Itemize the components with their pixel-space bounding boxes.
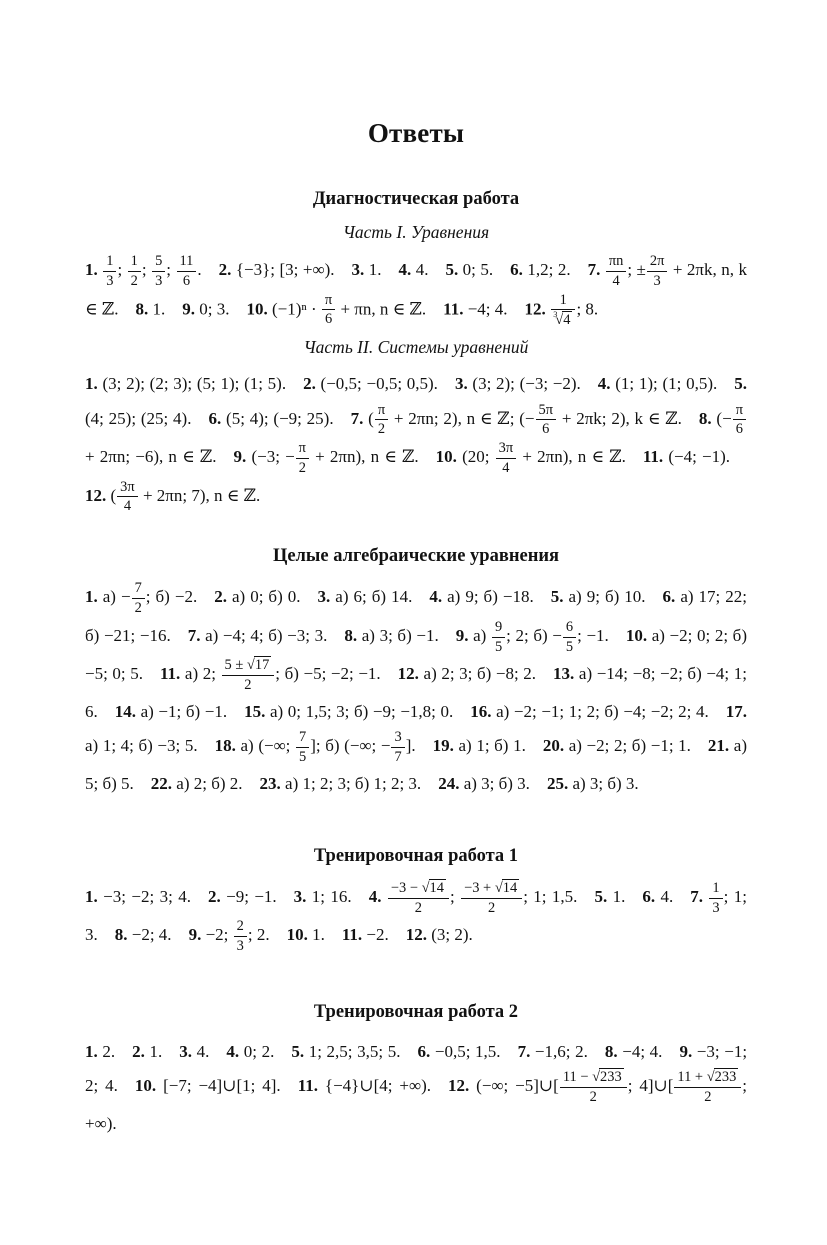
fraction: 53 [152,252,165,291]
item-number: 10. [135,1076,156,1095]
item-number: 4. [398,260,411,279]
item-number: 5. [734,374,747,393]
item-number: 6. [208,409,221,428]
denominator: 3 [103,272,116,291]
fraction: π6 [322,291,335,330]
answers-training-1: 1. −3; −2; 3; 4. 2. −9; −1. 3. 1; 16. 4.… [85,879,747,956]
item-number: 2. [219,260,232,279]
numerator: 2π [647,252,668,272]
denominator: 2 [222,676,275,695]
item-number: 3. [455,374,468,393]
denominator: 3√4 [551,310,575,329]
item-number: 11. [160,665,180,684]
item-number: 1. [85,260,98,279]
item-number: 9. [189,926,202,945]
numerator: 5 ± √17 [222,656,275,676]
denominator: 2 [388,899,449,918]
item-number: 24. [438,774,459,793]
numerator: 11 − √233 [560,1068,627,1088]
fraction: π2 [296,439,309,478]
numerator: π [322,291,335,311]
fraction: 5π6 [536,401,557,440]
fraction: 13√4 [551,291,575,330]
section-diagnostic-work: Диагностическая работа Часть I. Уравнени… [85,189,747,516]
denominator: 6 [322,310,335,329]
item-number: 18. [215,736,236,755]
item-number: 19. [433,736,454,755]
section-heading-training-1: Тренировочная работа 1 [85,846,747,867]
answers-page: Ответы Диагностическая работа Часть I. У… [0,0,827,1245]
item-number: 2. [214,587,227,606]
item-number: 23. [260,774,281,793]
item-number: 7. [351,409,364,428]
item-number: 13. [553,665,574,684]
item-number: 11. [342,926,362,945]
item-number: 8. [699,409,712,428]
numerator: π [375,401,388,421]
denominator: 5 [563,638,576,657]
item-number: 3. [179,1042,192,1061]
fraction: −3 − √142 [388,879,449,918]
item-number: 22. [151,774,172,793]
fraction: 13 [103,252,116,291]
item-number: 16. [470,702,491,721]
fraction: 3π4 [496,439,517,478]
item-number: 10. [626,626,647,645]
item-number: 11. [443,299,463,318]
denominator: 7 [391,748,404,767]
item-number: 4. [369,887,382,906]
item-number: 12. [525,299,546,318]
section-heading-diagnostic: Диагностическая работа [85,189,747,210]
numerator: 11 + √233 [674,1068,741,1088]
denominator: 3 [709,899,722,918]
numerator: −3 + √14 [461,879,522,899]
numerator: 6 [563,618,576,638]
section-heading-training-2: Тренировочная работа 2 [85,1002,747,1023]
item-number: 3. [294,887,307,906]
fraction: 95 [492,618,505,657]
denominator: 2 [128,272,141,291]
fraction: 116 [177,252,197,291]
denominator: 4 [496,459,517,478]
numerator: 2 [234,917,247,937]
denominator: 6 [733,420,746,439]
page-title: Ответы [85,118,747,149]
item-number: 6. [642,887,655,906]
item-number: 5. [551,587,564,606]
numerator: 1 [551,291,575,311]
fraction: 11 + √2332 [674,1068,741,1107]
section-integer-equations: Целые алгебраические уравнения 1. а) −72… [85,546,747,800]
numerator: 1 [709,879,722,899]
fraction: 37 [391,728,404,767]
fraction: 23 [234,917,247,956]
numerator: πn [606,252,627,272]
item-number: 9. [679,1042,692,1061]
denominator: 6 [177,272,197,291]
item-number: 20. [543,736,564,755]
item-number: 10. [246,299,267,318]
denominator: 2 [560,1088,627,1107]
item-number: 8. [136,299,149,318]
item-number: 14. [115,702,136,721]
item-number: 2. [208,887,221,906]
item-number: 12. [406,926,427,945]
numerator: 3π [496,439,517,459]
fraction: 3π4 [117,478,138,517]
denominator: 4 [606,272,627,291]
fraction: 12 [128,252,141,291]
item-number: 17. [726,702,747,721]
numerator: 5π [536,401,557,421]
answers-part1-equations: 1. 13; 12; 53; 116. 2. {−3}; [3; +∞). 3.… [85,252,747,329]
numerator: 11 [177,252,197,272]
square-root: √233 [707,1069,739,1085]
numerator: 9 [492,618,505,638]
subsection-heading-part2-systems: Часть II. Системы уравнений [85,337,747,358]
numerator: 7 [132,579,145,599]
fraction: 65 [563,618,576,657]
denominator: 5 [492,638,505,657]
section-heading-integer-equations: Целые алгебраические уравнения [85,546,747,567]
denominator: 6 [536,420,557,439]
fraction: 13 [709,879,722,918]
item-number: 9. [182,299,195,318]
item-number: 8. [344,626,357,645]
denominator: 3 [234,937,247,956]
item-number: 5. [594,887,607,906]
numerator: π [733,401,746,421]
numerator: π [296,439,309,459]
item-number: 12. [398,665,419,684]
item-number: 8. [115,926,128,945]
item-number: 11. [298,1076,318,1095]
item-number: 1. [85,374,98,393]
denominator: 4 [117,497,138,516]
answers-training-2: 1. 2. 2. 1. 3. 4. 4. 0; 2. 5. 1; 2,5; 3,… [85,1035,747,1140]
item-number: 5. [291,1042,304,1061]
subsection-heading-part1-equations: Часть I. Уравнения [85,222,747,243]
item-number: 1. [85,587,98,606]
denominator: 5 [296,748,309,767]
denominator: 3 [152,272,165,291]
square-root: √233 [592,1069,624,1085]
fraction: 5 ± √172 [222,656,275,695]
numerator: 7 [296,728,309,748]
item-number: 10. [287,926,308,945]
item-number: 21. [708,736,729,755]
item-number: 10. [436,447,457,466]
numerator: −3 − √14 [388,879,449,899]
item-number: 8. [605,1042,618,1061]
item-number: 5. [445,260,458,279]
item-number: 4. [429,587,442,606]
item-number: 6. [418,1042,431,1061]
fraction: 75 [296,728,309,767]
denominator: 2 [461,899,522,918]
numerator: 5 [152,252,165,272]
item-number: 25. [547,774,568,793]
item-number: 12. [85,486,106,505]
fraction: 2π3 [647,252,668,291]
item-number: 3. [318,587,331,606]
section-training-work-1: Тренировочная работа 1 1. −3; −2; 3; 4. … [85,846,747,956]
item-number: 7. [188,626,201,645]
denominator: 2 [132,599,145,618]
denominator: 2 [375,420,388,439]
item-number: 4. [226,1042,239,1061]
denominator: 3 [647,272,668,291]
fraction: 72 [132,579,145,618]
item-number: 4. [598,374,611,393]
section-training-work-2: Тренировочная работа 2 1. 2. 2. 1. 3. 4.… [85,1002,747,1140]
item-number: 1. [85,887,98,906]
numerator: 3π [117,478,138,498]
fraction: −3 + √142 [461,879,522,918]
item-number: 9. [456,626,469,645]
item-number: 15. [244,702,265,721]
item-number: 6. [663,587,676,606]
cube-root: 3√4 [554,312,572,328]
square-root: √14 [495,880,519,896]
item-number: 9. [234,447,247,466]
item-number: 6. [510,260,523,279]
item-number: 7. [690,887,703,906]
answers-part2-systems: 1. (3; 2); (2; 3); (5; 1); (1; 5). 2. (−… [85,367,747,516]
numerator: 1 [103,252,116,272]
item-number: 11. [643,447,663,466]
fraction: π2 [375,401,388,440]
fraction: π6 [733,401,746,440]
item-number: 1. [85,1042,98,1061]
numerator: 1 [128,252,141,272]
numerator: 3 [391,728,404,748]
item-number: 2. [132,1042,145,1061]
denominator: 2 [296,459,309,478]
square-root: √17 [247,657,271,673]
item-number: 3. [351,260,364,279]
item-number: 12. [448,1076,469,1095]
square-root: √14 [422,880,446,896]
item-number: 7. [588,260,601,279]
item-number: 2. [303,374,316,393]
fraction: πn4 [606,252,627,291]
fraction: 11 − √2332 [560,1068,627,1107]
item-number: 7. [518,1042,531,1061]
denominator: 2 [674,1088,741,1107]
answers-integer-equations: 1. а) −72; б) −2. 2. а) 0; б) 0. 3. а) 6… [85,579,747,800]
